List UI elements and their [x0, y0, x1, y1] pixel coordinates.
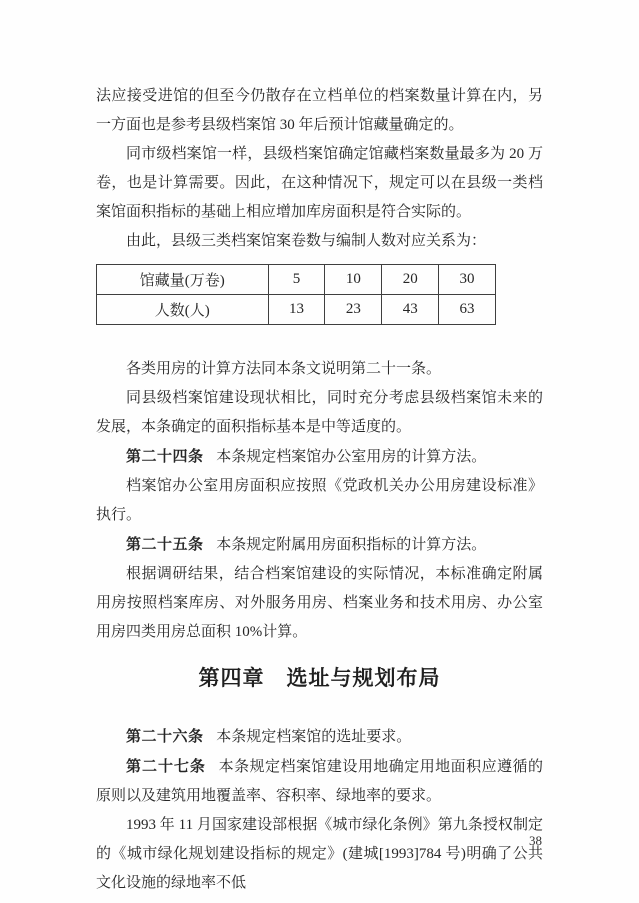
table-cell: 30	[439, 265, 496, 295]
article-paragraph: 第二十六条本条规定档案馆的选址要求。	[96, 722, 543, 752]
body-paragraph: 根据调研结果，结合档案馆建设的实际情况，本标准确定附属用房按照档案库房、对外服务…	[96, 560, 543, 647]
table-row: 馆藏量(万卷) 5 10 20 30	[97, 265, 496, 295]
article-number: 第二十六条	[126, 728, 204, 745]
article-paragraph: 第二十四条本条规定档案馆办公室用房的计算方法。	[96, 442, 543, 472]
article-number: 第二十四条	[126, 448, 204, 465]
article-text: 本条规定档案馆办公室用房的计算方法。	[216, 449, 486, 465]
article-number: 第二十五条	[126, 536, 204, 553]
article-number: 第二十七条	[126, 758, 206, 775]
body-paragraph: 档案馆办公室用房面积应按照《党政机关办公用房建设标准》执行。	[96, 472, 543, 530]
body-paragraph: 1993 年 11 月国家建设部根据《城市绿化条例》第九条授权制定的《城市绿化规…	[96, 811, 543, 898]
body-paragraph: 同县级档案馆建设现状相比，同时充分考虑县级档案馆未来的发展，本条确定的面积指标基…	[96, 384, 543, 442]
holdings-staff-table: 馆藏量(万卷) 5 10 20 30 人数(人) 13 23 43 63	[96, 264, 496, 325]
table-cell: 5	[268, 265, 325, 295]
text-block: 法应接受进馆的但至今仍散存在立档单位的档案数量计算在内，另一方面也是参考县级档案…	[0, 0, 639, 898]
article-text: 本条规定档案馆的选址要求。	[216, 729, 411, 745]
body-paragraph: 同市级档案馆一样，县级档案馆确定馆藏档案数量最多为 20 万卷，也是计算需要。因…	[96, 140, 543, 227]
body-paragraph: 法应接受进馆的但至今仍散存在立档单位的档案数量计算在内，另一方面也是参考县级档案…	[96, 82, 543, 140]
table-cell: 63	[439, 295, 496, 325]
table-cell: 10	[325, 265, 382, 295]
article-paragraph: 第二十七条本条规定档案馆建设用地确定用地面积应遵循的原则以及建筑用地覆盖率、容积…	[96, 752, 543, 811]
article-text: 本条规定附属用房面积指标的计算方法。	[216, 537, 486, 553]
table-cell: 43	[382, 295, 439, 325]
table-cell: 20	[382, 265, 439, 295]
document-page: 法应接受进馆的但至今仍散存在立档单位的档案数量计算在内，另一方面也是参考县级档案…	[0, 0, 639, 903]
article-paragraph: 第二十五条本条规定附属用房面积指标的计算方法。	[96, 530, 543, 560]
body-paragraph: 各类用房的计算方法同本条文说明第二十一条。	[96, 355, 543, 384]
body-paragraph: 由此，县级三类档案馆案卷数与编制人数对应关系为：	[96, 227, 543, 256]
table-row-label: 人数(人)	[97, 295, 269, 325]
chapter-heading: 第四章 选址与规划布局	[96, 661, 543, 697]
table-row: 人数(人) 13 23 43 63	[97, 295, 496, 325]
table-row-label: 馆藏量(万卷)	[97, 265, 269, 295]
page-number: 38	[529, 833, 542, 849]
table-cell: 13	[268, 295, 325, 325]
table-cell: 23	[325, 295, 382, 325]
